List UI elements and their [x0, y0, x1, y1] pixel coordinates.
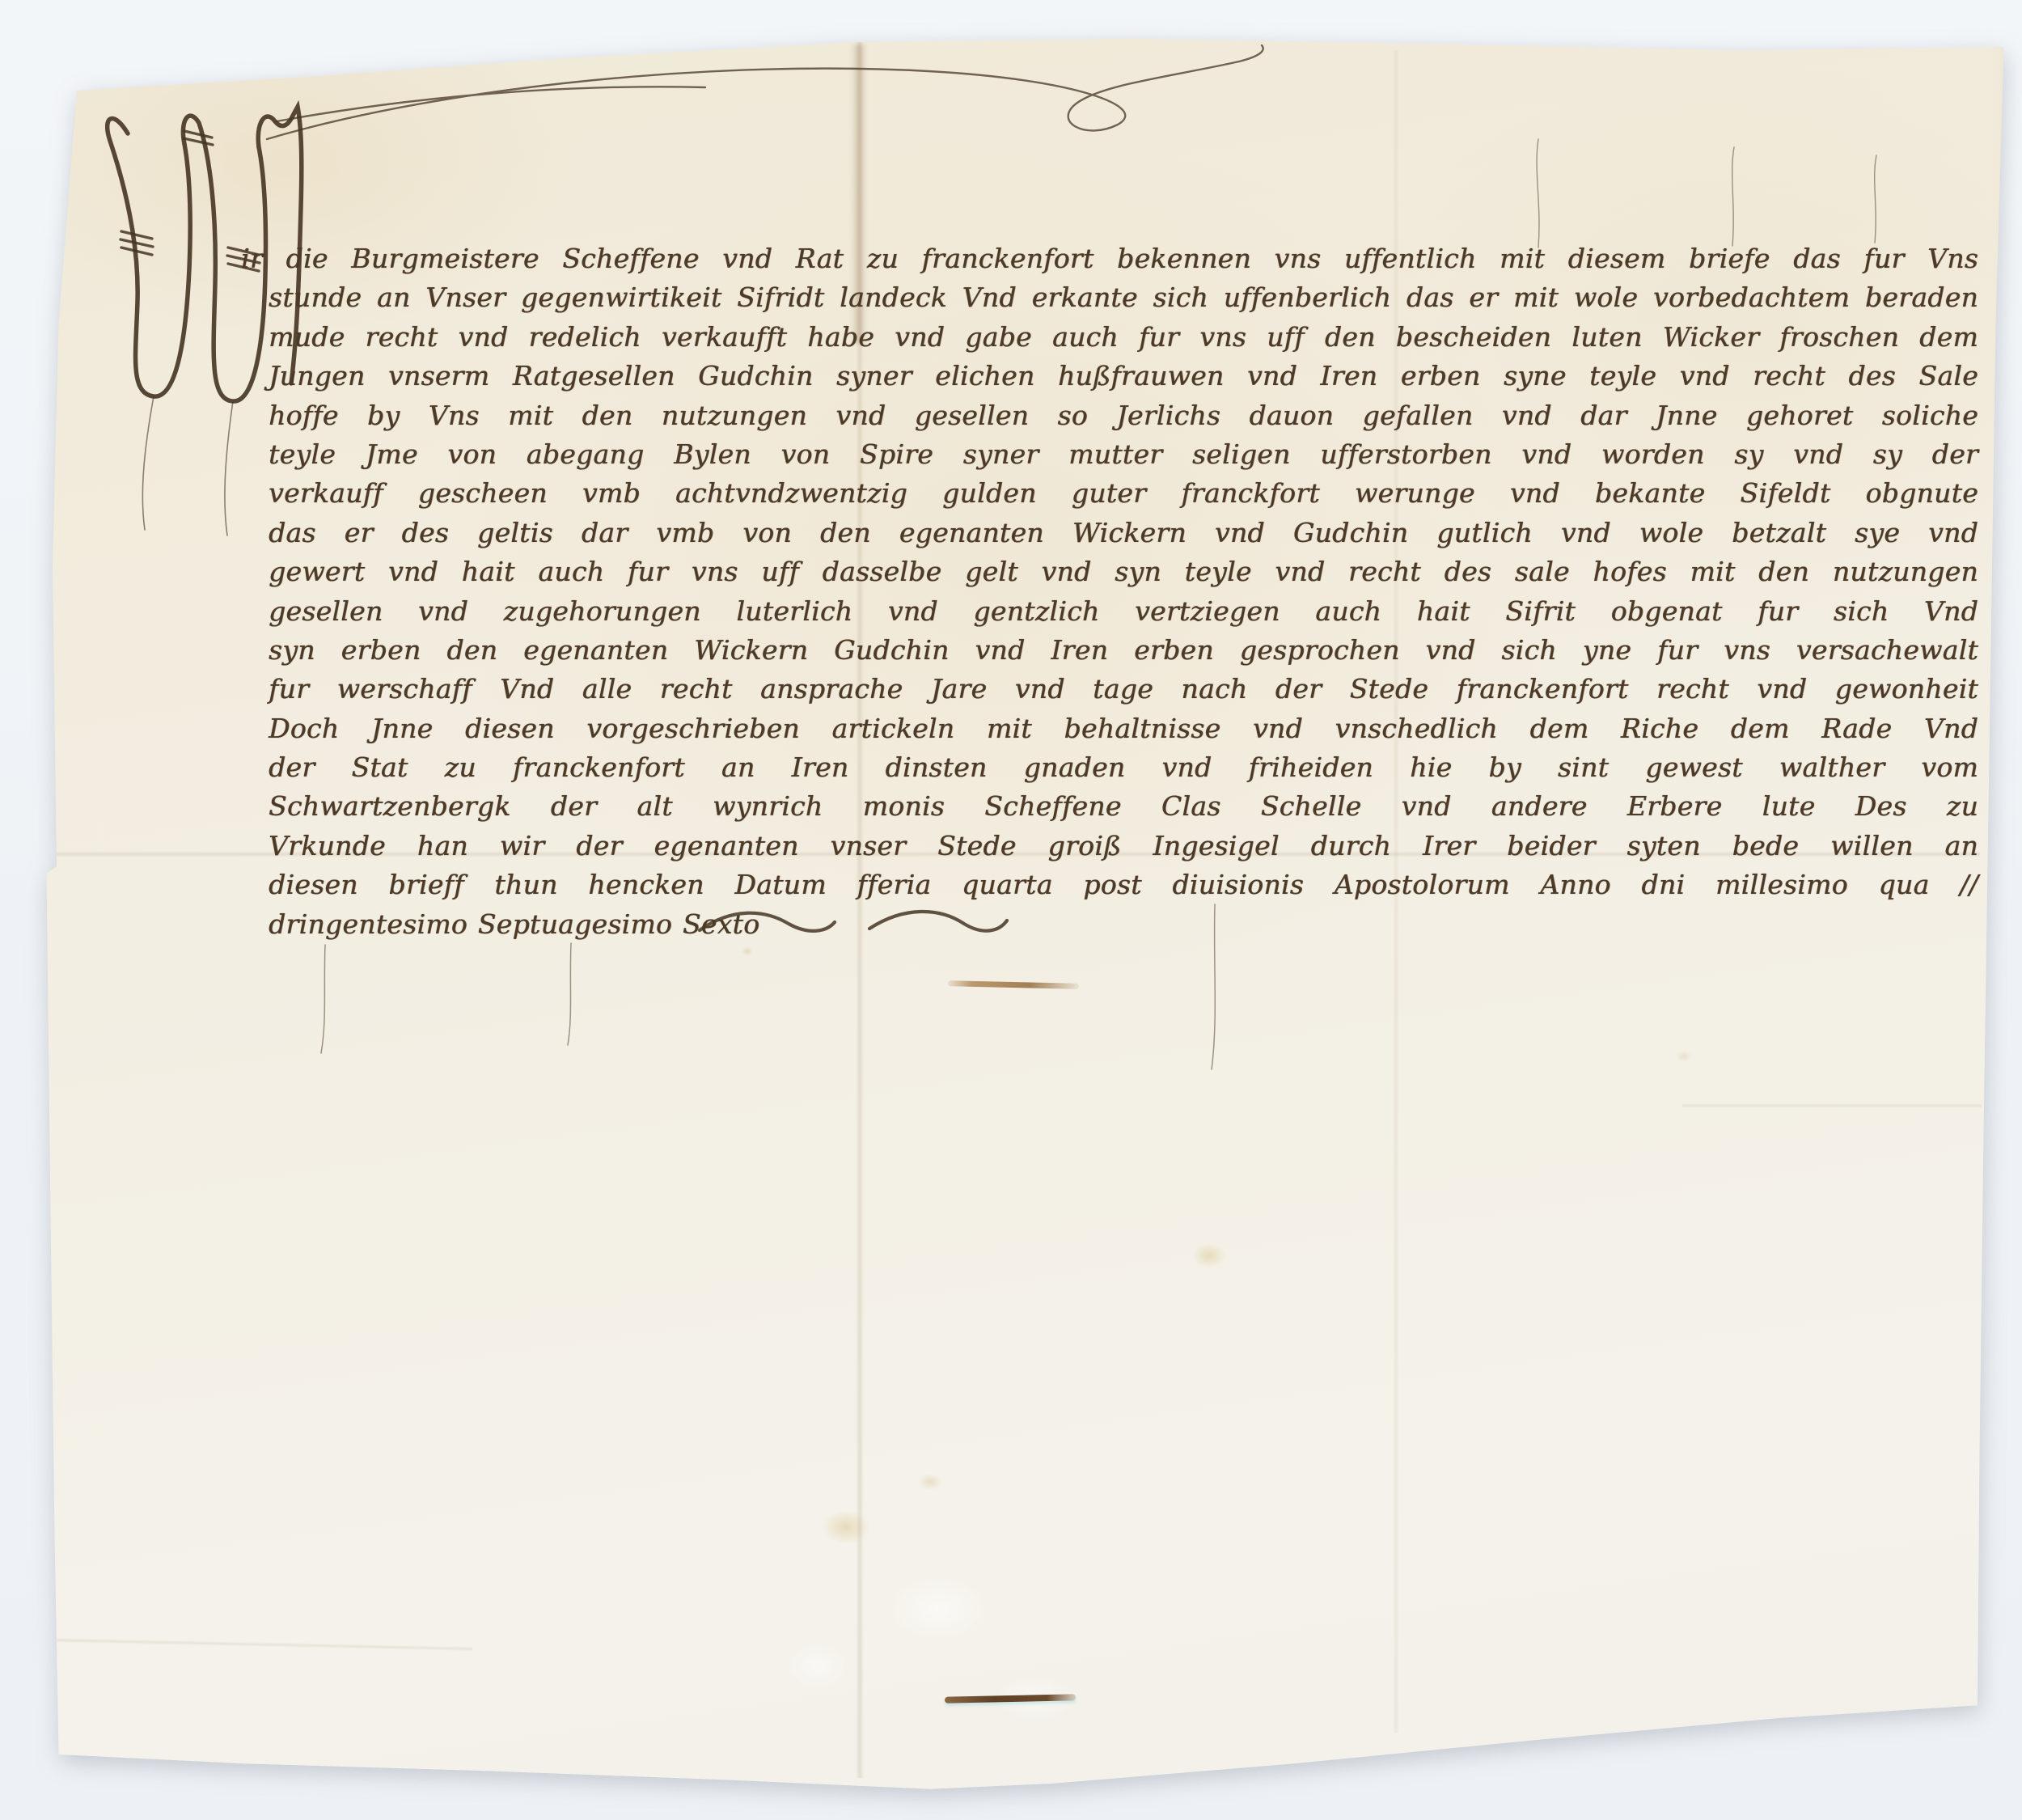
manuscript-line: Doch Jnne diesen vorgeschrieben artickel…	[241, 709, 1978, 748]
manuscript-line: syn erben den egenanten Wickern Gudchin …	[241, 631, 1978, 670]
manuscript-line: stunde an Vnser gegenwirtikeit Sifridt l…	[241, 278, 1978, 317]
seal-slit-lower	[945, 1694, 1076, 1703]
manuscript-line: der Stat zu franckenfort an Iren dinsten…	[241, 748, 1978, 787]
manuscript-line: Vrkunde han wir der egenanten vnser Sted…	[241, 827, 1978, 866]
manuscript-text-block: ir die Burgmeistere Scheffene vnd Rat zu…	[241, 239, 1978, 944]
manuscript-line: teyle Jme von abegang Bylen von Spire sy…	[241, 435, 1978, 474]
manuscript-line: fur werschaff Vnd alle recht ansprache J…	[241, 670, 1978, 709]
manuscript-line: gewert vnd hait auch fur vns uff dasselb…	[241, 552, 1978, 591]
manuscript-line: verkauff gescheen vmb achtvndzwentzig gu…	[241, 474, 1978, 513]
fold-crease-horizontal-right	[1682, 1103, 1982, 1108]
parchment-wrap: ir die Burgmeistere Scheffene vnd Rat zu…	[0, 0, 2022, 1820]
parchment-sheet: ir die Burgmeistere Scheffene vnd Rat zu…	[0, 0, 2022, 1820]
manuscript-line: Jungen vnserm Ratgesellen Gudchin syner …	[241, 357, 1978, 396]
manuscript-line: gesellen vnd zugehorungen luterlich vnd …	[241, 592, 1978, 631]
fold-crease-horizontal-bottom	[52, 1638, 472, 1652]
manuscript-line: hoffe by Vns mit den nutzungen vnd gesel…	[241, 396, 1978, 435]
seal-slit-upper	[948, 980, 1079, 989]
manuscript-line: mude recht vnd redelich verkaufft habe v…	[241, 318, 1978, 357]
manuscript-line: Schwartzenbergk der alt wynrich monis Sc…	[241, 787, 1978, 826]
photo-background: { "document": { "initial": "W", "lines":…	[0, 0, 2022, 1820]
manuscript-line: das er des geltis dar vmb von den egenan…	[241, 514, 1978, 552]
manuscript-line: dringentesimo Septuagesimo Sexto	[241, 905, 1978, 944]
manuscript-line: ir die Burgmeistere Scheffene vnd Rat zu…	[241, 239, 1978, 278]
manuscript-line: diesen brieff thun hencken Datum fferia …	[241, 866, 1978, 904]
